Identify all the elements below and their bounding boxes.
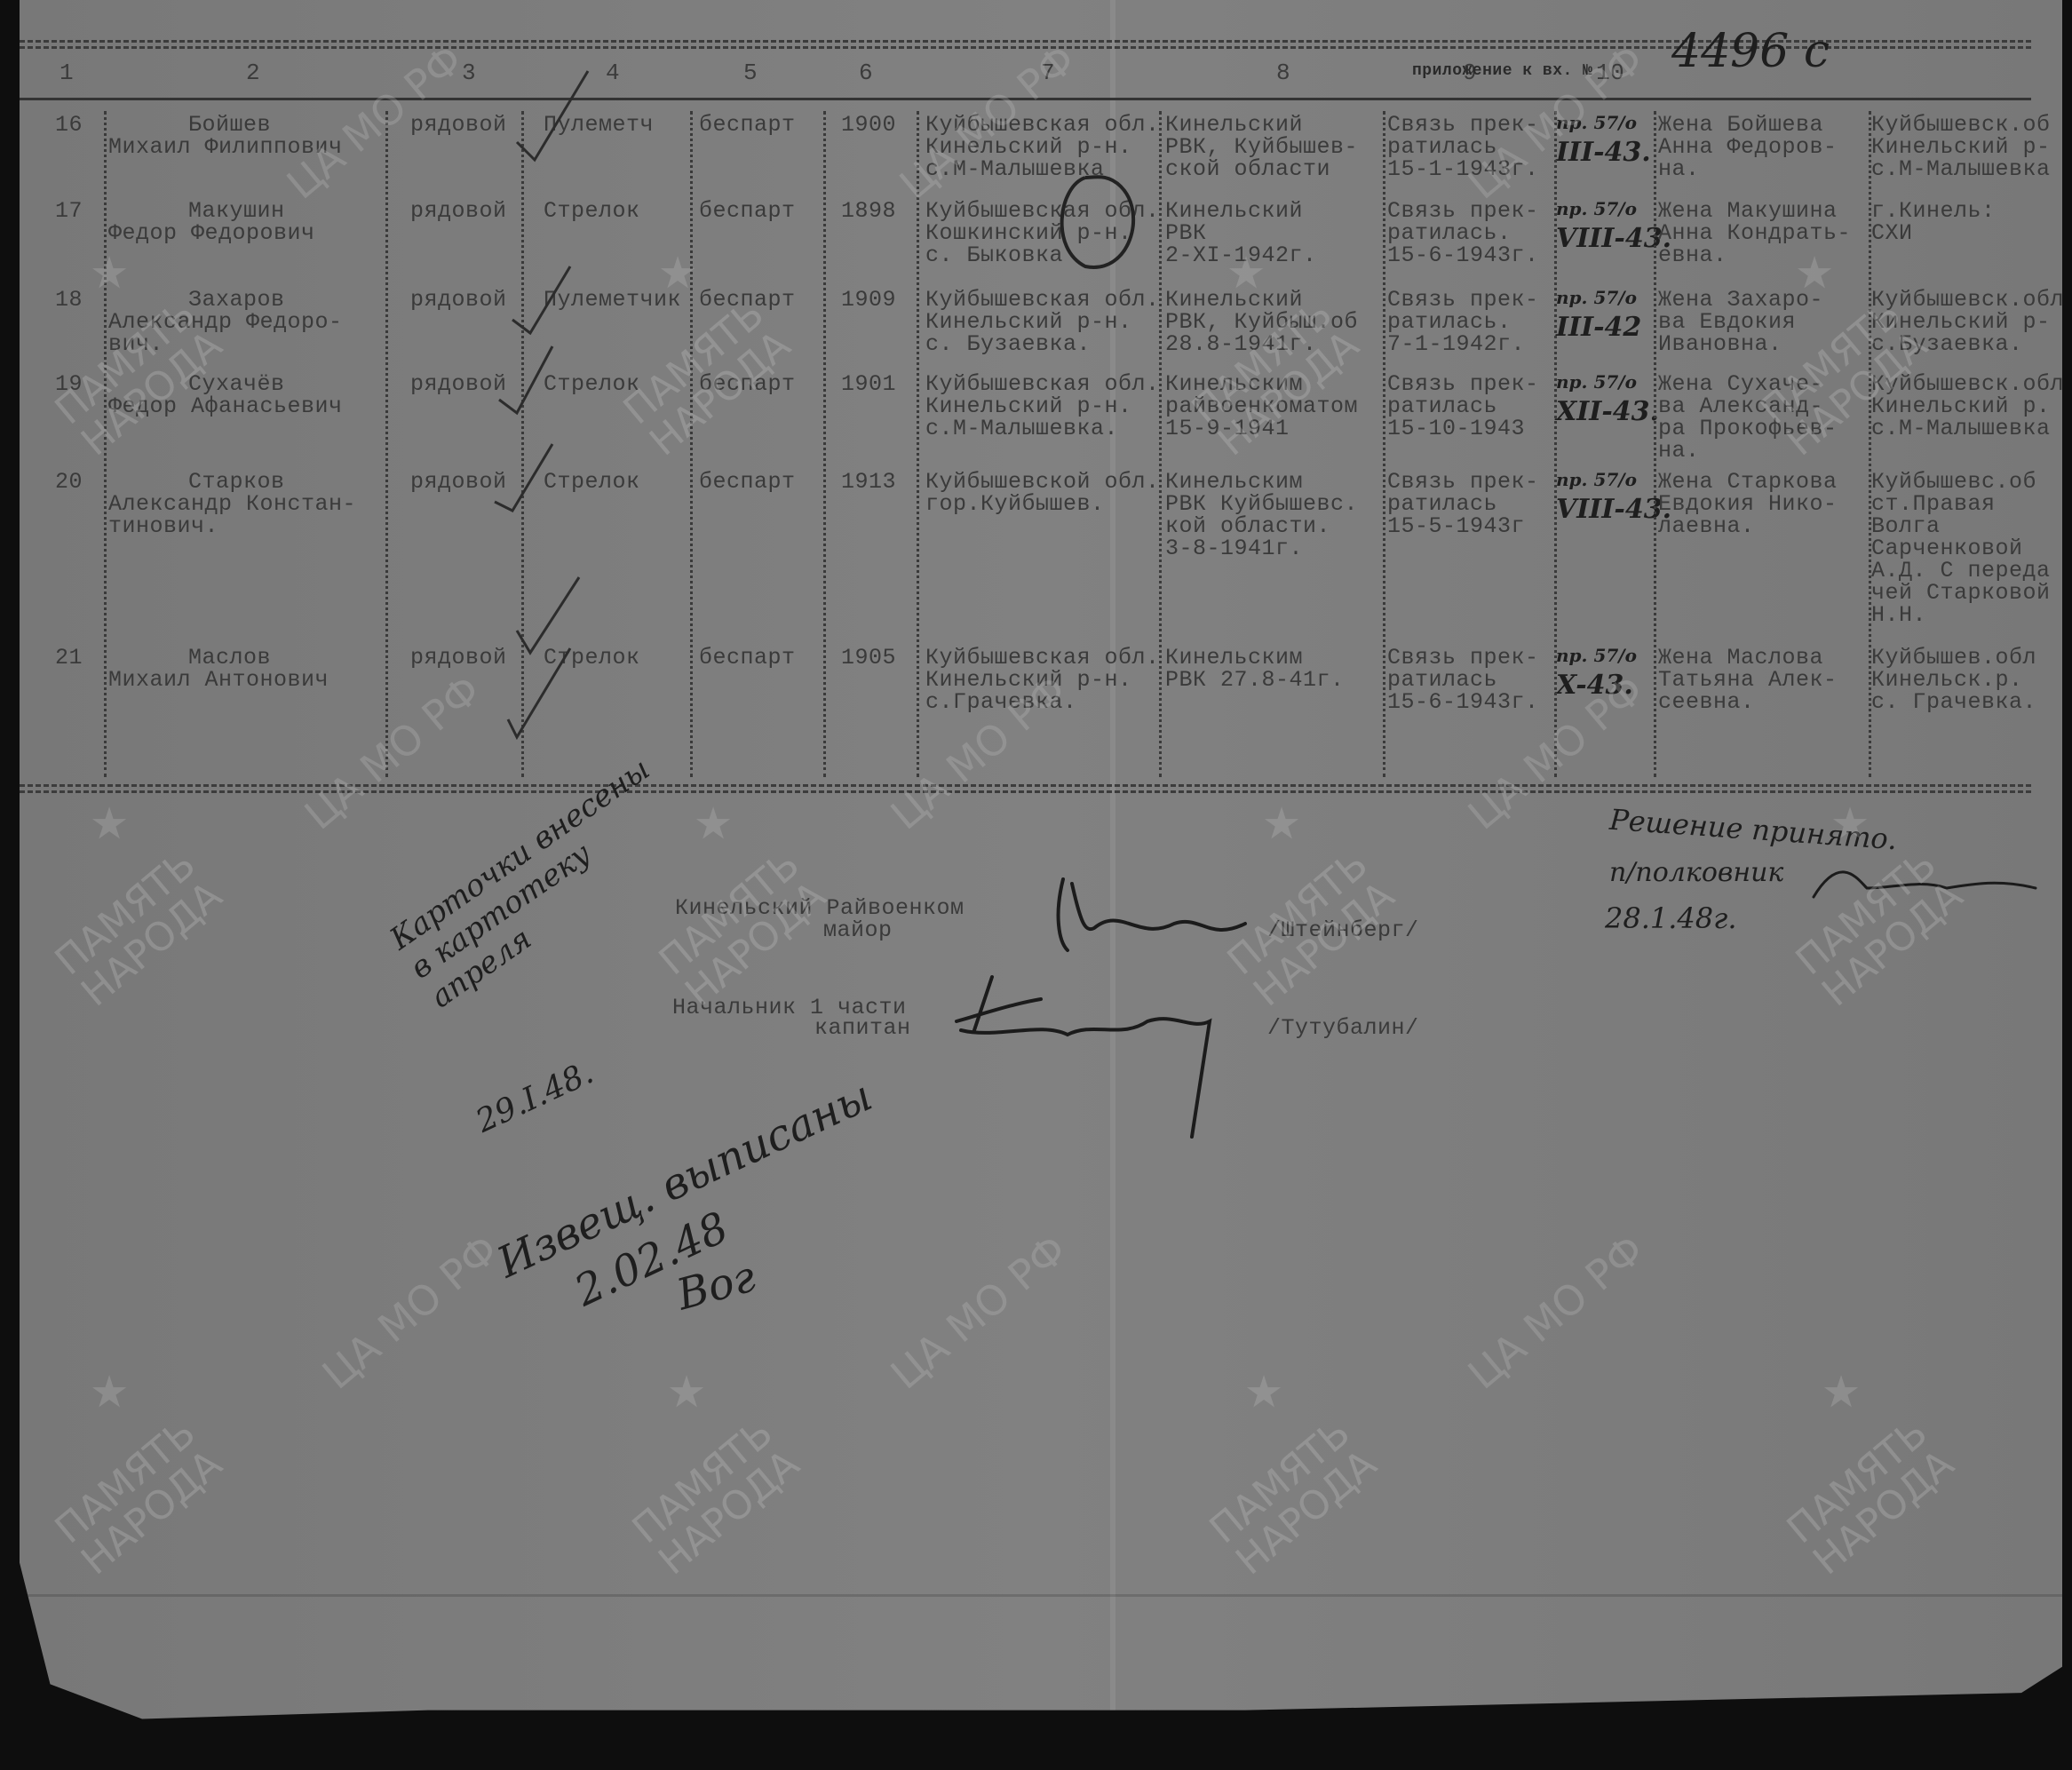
handwritten-rank: п/полковник	[1609, 857, 1783, 888]
commissar-signature	[1059, 879, 1245, 950]
colonel-signature	[1814, 872, 2036, 897]
document-page: 12345678910 приложение к вх. № 4496 c 16…	[20, 0, 2062, 1736]
signature-strokes	[957, 872, 2036, 1137]
circle-mark	[1062, 177, 1133, 267]
check-marks	[495, 71, 588, 737]
handwritten-decision-date: 28.1.48г.	[1605, 901, 1736, 935]
chief-signature	[957, 977, 1210, 1137]
